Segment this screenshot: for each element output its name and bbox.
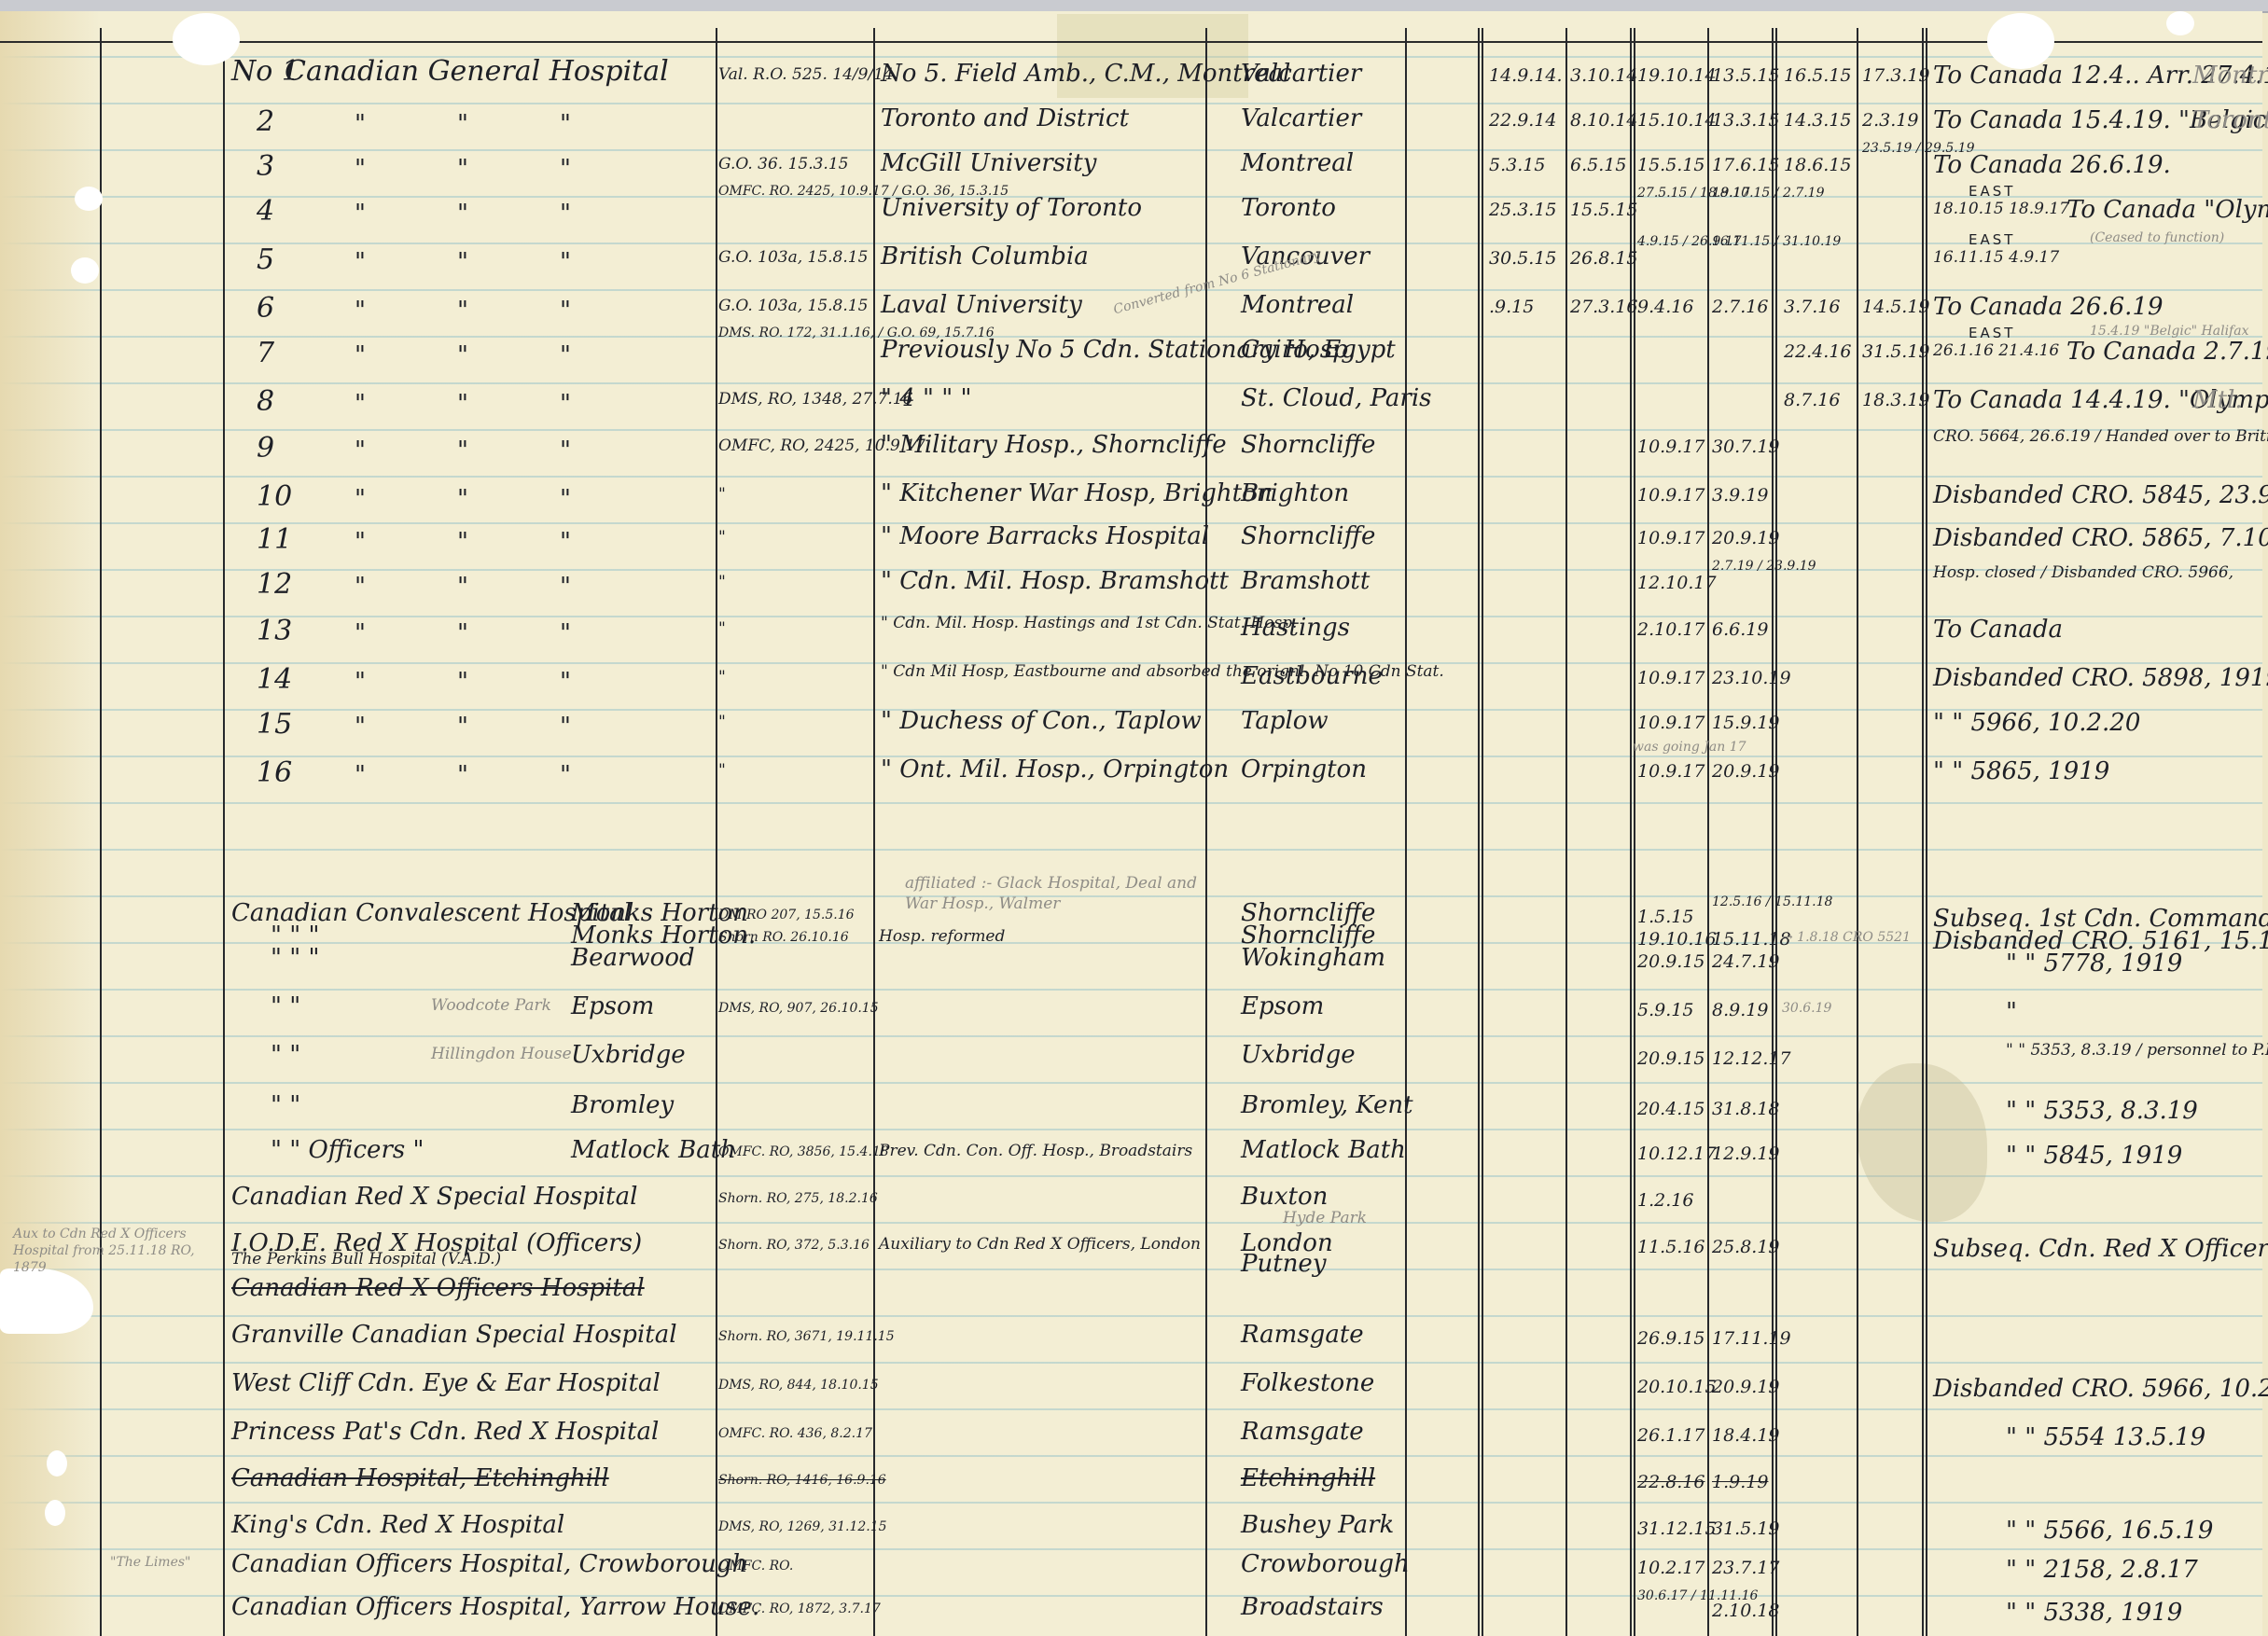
date-d2: 6.5.15 — [1570, 157, 1626, 174]
date-d3: 10.9.17 — [1637, 714, 1705, 732]
date-d1: 25.3.15 — [1489, 201, 1557, 219]
location: Montreal — [1241, 293, 1354, 317]
date-d4: 20.9.19 — [1712, 763, 1780, 781]
hospital-name: " " — [271, 1093, 300, 1117]
date-d1: 14.9.14. — [1489, 67, 1563, 85]
ditto-mark: " — [457, 487, 468, 511]
date-d3: 10.9.17 — [1637, 763, 1705, 781]
location: Eastbourne — [1241, 664, 1383, 688]
ditto-mark: " — [355, 438, 366, 463]
ditto-mark: " — [355, 763, 366, 787]
date-d4: 24.7.19 — [1712, 953, 1780, 971]
date-d4: 17.6.15 — [1712, 157, 1780, 174]
hospital-number: 4 — [257, 198, 274, 226]
origin-unit: No 5. Field Amb., C.M., Montreal — [881, 62, 1290, 86]
ditto-mark: " — [355, 250, 366, 274]
ditto-mark: " — [560, 201, 571, 226]
remarks: To Canada 26.6.19 — [1933, 295, 2164, 319]
date-d6: 2.3.19 — [1862, 112, 1918, 130]
location: Broadstairs — [1241, 1595, 1384, 1619]
ditto-mark: " — [560, 487, 571, 511]
column-rule-d1 — [1478, 28, 1483, 1636]
ditto-mark: " — [560, 621, 571, 645]
ditto-mark: " — [457, 298, 468, 323]
remarks: " " 2158, 2.8.17 — [2006, 1558, 2198, 1582]
date-d4: 13.5.15 — [1712, 67, 1780, 85]
pencil-place: Hillingdon House — [431, 1047, 572, 1062]
date-d1: .9.15 — [1489, 298, 1534, 316]
ditto-mark: " — [355, 201, 366, 226]
ditto-mark: " — [457, 763, 468, 787]
date-d3: 26.1.17 — [1637, 1427, 1705, 1445]
location: Cairo, Egypt — [1241, 338, 1396, 362]
date-d3: 19.10.16 — [1637, 931, 1717, 949]
date-d1: 22.9.14 — [1489, 112, 1557, 130]
remarks: To Canada "Olympic" 2.7.19 — [2066, 198, 2268, 222]
date-d5: 8.7.16 — [1784, 392, 1840, 409]
location: St. Cloud, Paris — [1241, 386, 1431, 410]
date-d3: 1.2.16 — [1637, 1192, 1693, 1210]
hospital-name: Princess Pat's Cdn. Red X Hospital — [231, 1420, 659, 1444]
date-d3: 5.9.15 — [1637, 1002, 1693, 1019]
authority-reference: OMFC. RO. — [718, 1560, 793, 1573]
date-d4: 8.9.19 — [1712, 1002, 1768, 1019]
punch-hole — [71, 257, 99, 284]
ditto-mark: " — [560, 763, 571, 787]
authority-reference: " — [718, 487, 726, 503]
location: Bromley, Kent — [1241, 1093, 1413, 1117]
authority-reference: DM RO 207, 15.5.16 — [718, 908, 855, 922]
origin-unit: McGill University — [881, 151, 1096, 175]
date-d3: 10.2.17 — [1637, 1560, 1705, 1577]
location: Ramsgate — [1241, 1323, 1364, 1347]
authority-reference: Shorn. RO, 3671, 19.11.15 — [718, 1330, 895, 1343]
hospital-name: Granville Canadian Special Hospital — [231, 1323, 677, 1347]
hospital-number: 11 — [257, 526, 292, 554]
date-d3: 31.12.15 — [1637, 1520, 1717, 1538]
hospital-name: Canadian General Hospital — [285, 58, 669, 86]
column-rule-origin — [873, 28, 875, 1636]
date-d6: 14.5.19 — [1862, 298, 1930, 316]
pencil-remark: Mtl. — [2192, 388, 2243, 412]
date-d5: 22.4.16 — [1784, 343, 1852, 361]
remarks: Disbanded CRO. 5898, 1919 — [1933, 666, 2268, 690]
date-d3: 20.4.15 — [1637, 1101, 1705, 1118]
date-d4: 25.8.19 — [1712, 1239, 1780, 1256]
date-d4: 31.5.19 — [1712, 1520, 1780, 1538]
ditto-mark: " — [355, 392, 366, 416]
date-d4: 13.3.15 — [1712, 112, 1780, 130]
column-rule-authority — [716, 28, 717, 1636]
date-d4: 23.7.17 — [1712, 1560, 1780, 1577]
ditto-mark: " — [355, 714, 366, 739]
place: Uxbridge — [571, 1043, 686, 1067]
ditto-mark: " — [355, 530, 366, 554]
ditto-mark: " — [355, 343, 366, 367]
location: Bushey Park — [1241, 1513, 1394, 1537]
remarks: To Canada — [1933, 617, 2063, 642]
punch-hole — [1987, 13, 2054, 69]
date-d2: 26.8.15 — [1570, 250, 1638, 268]
authority-reference: G.O. 103a, 15.8.15 — [718, 250, 868, 266]
remarks: Disbanded CRO. 5845, 23.9.19. — [1933, 483, 2268, 507]
margin-stain — [0, 11, 101, 1636]
date-d3: 15.5.15 — [1637, 157, 1705, 174]
hospital-number: 15 — [257, 711, 292, 739]
authority-reference: " — [718, 670, 726, 686]
ditto-mark: " — [560, 392, 571, 416]
origin-unit: " Duchess of Con., Taplow — [881, 709, 1202, 733]
date-d5: 18.6.15 — [1784, 157, 1852, 174]
origin-unit: British Columbia — [881, 244, 1089, 269]
ditto-mark: " — [560, 670, 571, 694]
remarks: To Canada 2.7.19 — [2066, 340, 2268, 364]
ditto-mark: " — [560, 438, 571, 463]
date-d3: 20.9.15 — [1637, 1050, 1705, 1068]
remarks: " " 5353, 8.3.19 — [2006, 1099, 2198, 1123]
ditto-mark: " — [560, 157, 571, 181]
date-d2: 8.10.14 — [1570, 112, 1638, 130]
hospital-name: Canadian Hospital, Etchinghill — [231, 1466, 609, 1490]
date-d2: 3.10.14 — [1570, 67, 1638, 85]
pencil-remark: (Ceased to function) — [2090, 231, 2224, 244]
pencil-note: 30.6.19 — [1782, 1002, 1831, 1015]
ditto-mark: " — [457, 621, 468, 645]
ditto-mark: " — [457, 575, 468, 599]
ditto-mark: " — [457, 112, 468, 136]
remarks: " " 5566, 16.5.19 — [2006, 1518, 2213, 1543]
date-d4: 18.4.19 — [1712, 1427, 1780, 1445]
column-rule-remarks — [1922, 28, 1927, 1636]
authority-reference: DMS, RO, 907, 26.10.15 — [718, 1002, 879, 1015]
column-rule-d6 — [1857, 28, 1858, 1636]
remarks: " " 5353, 8.3.19 / personnel to P.P.C.R.… — [2006, 1043, 2268, 1059]
remarks: Disbanded CRO. 5865, 7.10.19 — [1933, 526, 2268, 550]
date-d4: 6.6.19 — [1712, 621, 1768, 639]
origin-unit: " Kitchener War Hosp, Brighton — [881, 481, 1273, 506]
date-d4: 30.7.19 — [1712, 438, 1780, 456]
date-d3: 10.9.17 — [1637, 670, 1705, 687]
place: Epsom — [571, 994, 654, 1019]
authority-reference: OMFC. RO. 436, 8.2.17 — [718, 1427, 872, 1440]
hospital-name: The Perkins Bull Hospital (V.A.D.) — [231, 1252, 501, 1268]
date-d4: 12.12.17 — [1712, 1050, 1791, 1068]
date-d4: 17.11.19 — [1712, 1330, 1791, 1348]
location: Orpington — [1241, 757, 1367, 782]
date-d4: 20.9.19 — [1712, 530, 1780, 548]
date-d3: 19.10.14 — [1637, 67, 1717, 85]
remarks: " " 5778, 1919 — [2006, 951, 2182, 976]
pencil-remark: Toronto — [2192, 108, 2268, 132]
hospital-number: 3 — [257, 153, 274, 181]
remarks: " " 5966, 10.2.20 — [1933, 711, 2140, 735]
authority-reference: Shorn RO. 26.10.16 — [718, 931, 849, 944]
authority-reference: OMFC. RO, 1872, 3.7.17 — [718, 1602, 881, 1615]
pencil-place: Woodcote Park — [431, 998, 551, 1014]
ditto-mark: " — [560, 298, 571, 323]
date-d4: 18.10.15 / 2.7.19 — [1712, 187, 1825, 200]
date-d4: 1.9.19 — [1712, 1474, 1768, 1491]
ditto-mark: " — [560, 343, 571, 367]
date-d3: 12.10.17 — [1637, 575, 1717, 592]
date-d3: 20.9.15 — [1637, 953, 1705, 971]
remarks: " " 5338, 1919 — [2006, 1601, 2182, 1625]
date-d6: 17.3.19 — [1862, 67, 1930, 85]
column-rule-d3 — [1630, 28, 1635, 1636]
ditto-mark: " — [355, 487, 366, 511]
ditto-mark: " — [560, 112, 571, 136]
ditto-mark: " — [457, 201, 468, 226]
origin-unit: " Ont. Mil. Hosp., Orpington — [881, 757, 1229, 782]
location: Hastings — [1241, 616, 1350, 640]
column-rule-blank — [1405, 28, 1407, 1636]
origin-note: Auxiliary to Cdn Red X Officers, London — [879, 1237, 1201, 1253]
authority-reference: G.O. 103a, 15.8.15 — [718, 298, 868, 314]
authority-reference: DMS, RO, 844, 18.10.15 — [718, 1379, 879, 1392]
date-d5: 14.3.15 — [1784, 112, 1852, 130]
remarks: Hosp. closed / Disbanded CRO. 5966, — [1933, 565, 2233, 581]
date-d3: 2.10.17 — [1637, 621, 1705, 639]
origin-unit: " Moore Barracks Hospital — [881, 524, 1209, 548]
location: Matlock Bath — [1241, 1138, 1406, 1162]
date-d3: 15.10.14 — [1637, 112, 1717, 130]
hospital-number: 6 — [257, 295, 274, 323]
date-d3: 10.9.17 — [1637, 438, 1705, 456]
pencil-affiliation: affiliated :- Glack Hospital, Deal and W… — [905, 873, 1204, 914]
date-d4: 12.9.19 — [1712, 1145, 1780, 1163]
remarks: Disbanded CRO. 5966, 10.2.20 — [1933, 1377, 2268, 1401]
origin-unit: " 4 " " " — [881, 386, 971, 410]
date-d3: 10.12.17 — [1637, 1145, 1717, 1163]
ditto-mark: " — [560, 250, 571, 274]
location: Shorncliffe — [1241, 433, 1375, 457]
place: Bromley — [571, 1093, 674, 1117]
punch-hole — [45, 1500, 65, 1526]
ditto-mark: " — [457, 250, 468, 274]
location: Bramshott — [1241, 569, 1370, 593]
authority-reference: DMS, RO, 1269, 31.12.15 — [718, 1520, 887, 1533]
location: Crowborough — [1241, 1552, 1410, 1576]
date-d4: 15.11.18 — [1712, 931, 1791, 949]
date-d6: 18.3.19 — [1862, 392, 1930, 409]
date-d4: 31.8.18 — [1712, 1101, 1780, 1118]
date-d3: 10.9.17 — [1637, 487, 1705, 505]
ditto-mark: " — [355, 575, 366, 599]
pencil-location: Hyde Park — [1283, 1211, 1367, 1227]
origin-note: Prev. Cdn. Con. Off. Hosp., Broadstairs — [879, 1144, 1192, 1159]
origin-unit: University of Toronto — [881, 196, 1142, 220]
date-d4: 20.9.19 — [1712, 1379, 1780, 1396]
hospital-number: 2 — [257, 108, 274, 136]
date-d3: 1.5.15 — [1637, 908, 1693, 926]
date-d4: 3.9.19 — [1712, 487, 1768, 505]
remarks: Subseq. Cdn. Red X Officers' Hosp. — [1933, 1237, 2268, 1261]
pencil-note: → 1.8.18 CRO 5521 — [1782, 931, 1911, 944]
location: Epsom — [1241, 994, 1324, 1019]
location: Valcartier — [1241, 106, 1361, 131]
location: Shorncliffe — [1241, 524, 1375, 548]
authority-reference: " — [718, 763, 726, 779]
hospital-name: Canadian Officers Hospital, Yarrow House… — [231, 1595, 759, 1619]
location: Folkestone — [1241, 1371, 1374, 1395]
origin-unit: Laval University — [881, 293, 1082, 317]
column-rule-margin — [100, 28, 102, 1636]
hospital-number: 5 — [257, 246, 274, 274]
east-dates: 26.1.16 21.4.16 — [1933, 343, 2059, 359]
date-d4: 15.9.19 — [1712, 714, 1780, 732]
date-d4: 2.7.19 / 23.9.19 — [1712, 560, 1816, 573]
punch-hole — [75, 187, 103, 211]
hospital-number: 13 — [257, 617, 292, 645]
hospital-name: " " — [271, 1043, 300, 1067]
date-d2: 27.3.16 — [1570, 298, 1638, 316]
hospital-name: " " " — [271, 946, 319, 970]
authority-reference: Shorn. RO, 372, 5.3.16 — [718, 1239, 870, 1252]
margin-pencil-note: Aux to Cdn Red X Officers Hospital from … — [13, 1226, 223, 1277]
authority-reference: Shorn. RO, 275, 18.2.16 — [718, 1192, 878, 1205]
date-d3: 26.9.15 — [1637, 1330, 1705, 1348]
date-d5: 16.5.15 — [1784, 67, 1852, 85]
date-d3: 11.5.16 — [1637, 1239, 1705, 1256]
date-d3: 22.8.16 — [1637, 1474, 1705, 1491]
location: Wokingham — [1241, 946, 1385, 970]
place: Bearwood — [571, 946, 695, 970]
east-dates: 16.11.15 4.9.17 — [1933, 250, 2059, 266]
hospital-name: Canadian Red X Officers Hospital — [231, 1276, 645, 1300]
date-d6: 31.5.19 — [1862, 343, 1930, 361]
date-d3: 20.10.15 — [1637, 1379, 1717, 1396]
punch-hole — [2166, 11, 2194, 35]
ditto-mark: " — [560, 714, 571, 739]
ditto-mark: " — [457, 714, 468, 739]
ditto-mark: " — [560, 530, 571, 554]
remarks: " — [2006, 1000, 2017, 1024]
origin-unit: " Cdn. Mil. Hosp. Bramshott — [881, 569, 1229, 593]
date-d3: 9.4.16 — [1637, 298, 1693, 316]
authority-reference: G.O. 36. 15.3.15 — [718, 157, 848, 173]
ditto-mark: " — [457, 438, 468, 463]
ditto-mark: " — [355, 670, 366, 694]
location: Uxbridge — [1241, 1043, 1356, 1067]
ditto-mark: " — [457, 530, 468, 554]
location: Etchinghill — [1241, 1466, 1375, 1490]
date-d1: 5.3.15 — [1489, 157, 1545, 174]
ditto-mark: " — [457, 392, 468, 416]
ditto-mark: " — [457, 157, 468, 181]
origin-unit: Toronto and District — [881, 106, 1129, 131]
pencil-remark: Montreal — [2192, 63, 2268, 88]
hospital-number: 12 — [257, 571, 292, 599]
column-rule-d2 — [1565, 28, 1567, 1636]
authority-reference: " — [718, 530, 726, 546]
place: Matlock Bath — [571, 1138, 736, 1162]
authority-reference: OMFC. RO, 3856, 15.4.18 — [718, 1145, 889, 1158]
location: Montreal — [1241, 151, 1354, 175]
hospital-number: 16 — [257, 759, 292, 787]
ditto-mark: " — [355, 621, 366, 645]
pencil-remark: 15.4.19 "Belgic" Halifax — [2090, 325, 2248, 338]
margin-pencil-note: "The Limes" — [110, 1556, 191, 1569]
east-label: EAST — [1969, 185, 2015, 199]
date-d4: 2.7.16 — [1712, 298, 1768, 316]
date-d1: 30.5.15 — [1489, 250, 1557, 268]
ditto-mark: " — [355, 112, 366, 136]
remarks: CRO. 5664, 26.6.19 / Handed over to Brit… — [1933, 429, 2268, 445]
ditto-mark: " — [560, 575, 571, 599]
location: Toronto — [1241, 196, 1336, 220]
location: Valcartier — [1241, 62, 1361, 86]
authority-reference: Val. R.O. 525. 14/9/14 — [718, 67, 894, 83]
location: Taplow — [1241, 709, 1329, 733]
punch-hole — [47, 1450, 67, 1477]
punch-hole — [173, 13, 240, 65]
hospital-number: 8 — [257, 388, 274, 416]
hospital-name: " " — [271, 994, 300, 1019]
date-d4: 16.11.15 / 31.10.19 — [1712, 235, 1841, 248]
hospital-name: " " Officers " — [271, 1138, 424, 1162]
authority-reference: " — [718, 575, 726, 590]
pencil-note: was going Jan 17 — [1633, 741, 1746, 754]
location: Putney — [1241, 1252, 1327, 1276]
authority-reference: " — [718, 621, 726, 637]
remarks: " " 5865, 1919 — [1933, 759, 2109, 783]
date-d5: 3.7.16 — [1784, 298, 1840, 316]
hospital-name: West Cliff Cdn. Eye & Ear Hospital — [231, 1371, 661, 1395]
hospital-number: 7 — [257, 340, 274, 367]
origin-unit: " Military Hosp., Shorncliffe — [881, 433, 1227, 457]
hospital-number: 10 — [257, 483, 292, 511]
location: Ramsgate — [1241, 1420, 1364, 1444]
hospital-number: 9 — [257, 435, 274, 463]
date-d4: 2.10.18 — [1712, 1602, 1780, 1620]
ditto-mark: " — [457, 343, 468, 367]
east-label: EAST — [1969, 326, 2015, 340]
column-rule-name — [223, 28, 225, 1636]
remarks: " " 5554 13.5.19 — [2006, 1425, 2205, 1449]
date-d2: 15.5.15 — [1570, 201, 1638, 219]
origin-note: Hosp. reformed — [879, 929, 1005, 945]
east-label: EAST — [1969, 233, 2015, 247]
hospital-name: Canadian Officers Hospital, Crowborough — [231, 1552, 747, 1576]
remarks: To Canada 26.6.19. — [1933, 153, 2171, 177]
origin-unit: " Cdn. Mil. Hosp. Hastings and 1st Cdn. … — [881, 616, 1297, 631]
ditto-mark: " — [355, 298, 366, 323]
hospital-name: King's Cdn. Red X Hospital — [231, 1513, 564, 1537]
authority-reference: Shorn. RO, 1416, 16.9.16 — [718, 1474, 886, 1487]
date-d3: 10.9.17 — [1637, 530, 1705, 548]
authority-reference: " — [718, 714, 726, 730]
remarks: " " 5845, 1919 — [2006, 1144, 2182, 1168]
hospital-name: Canadian Red X Special Hospital — [231, 1185, 637, 1209]
ditto-mark: " — [457, 670, 468, 694]
location: Buxton — [1241, 1185, 1328, 1209]
date-d4: 23.10.19 — [1712, 670, 1791, 687]
hospital-number: 14 — [257, 666, 292, 694]
location: Brighton — [1241, 481, 1349, 506]
column-rule-location — [1205, 28, 1207, 1636]
ditto-mark: " — [355, 157, 366, 181]
east-dates: 18.10.15 18.9.17 — [1933, 201, 2069, 217]
date-d4: 12.5.16 / 15.11.18 — [1712, 895, 1832, 908]
